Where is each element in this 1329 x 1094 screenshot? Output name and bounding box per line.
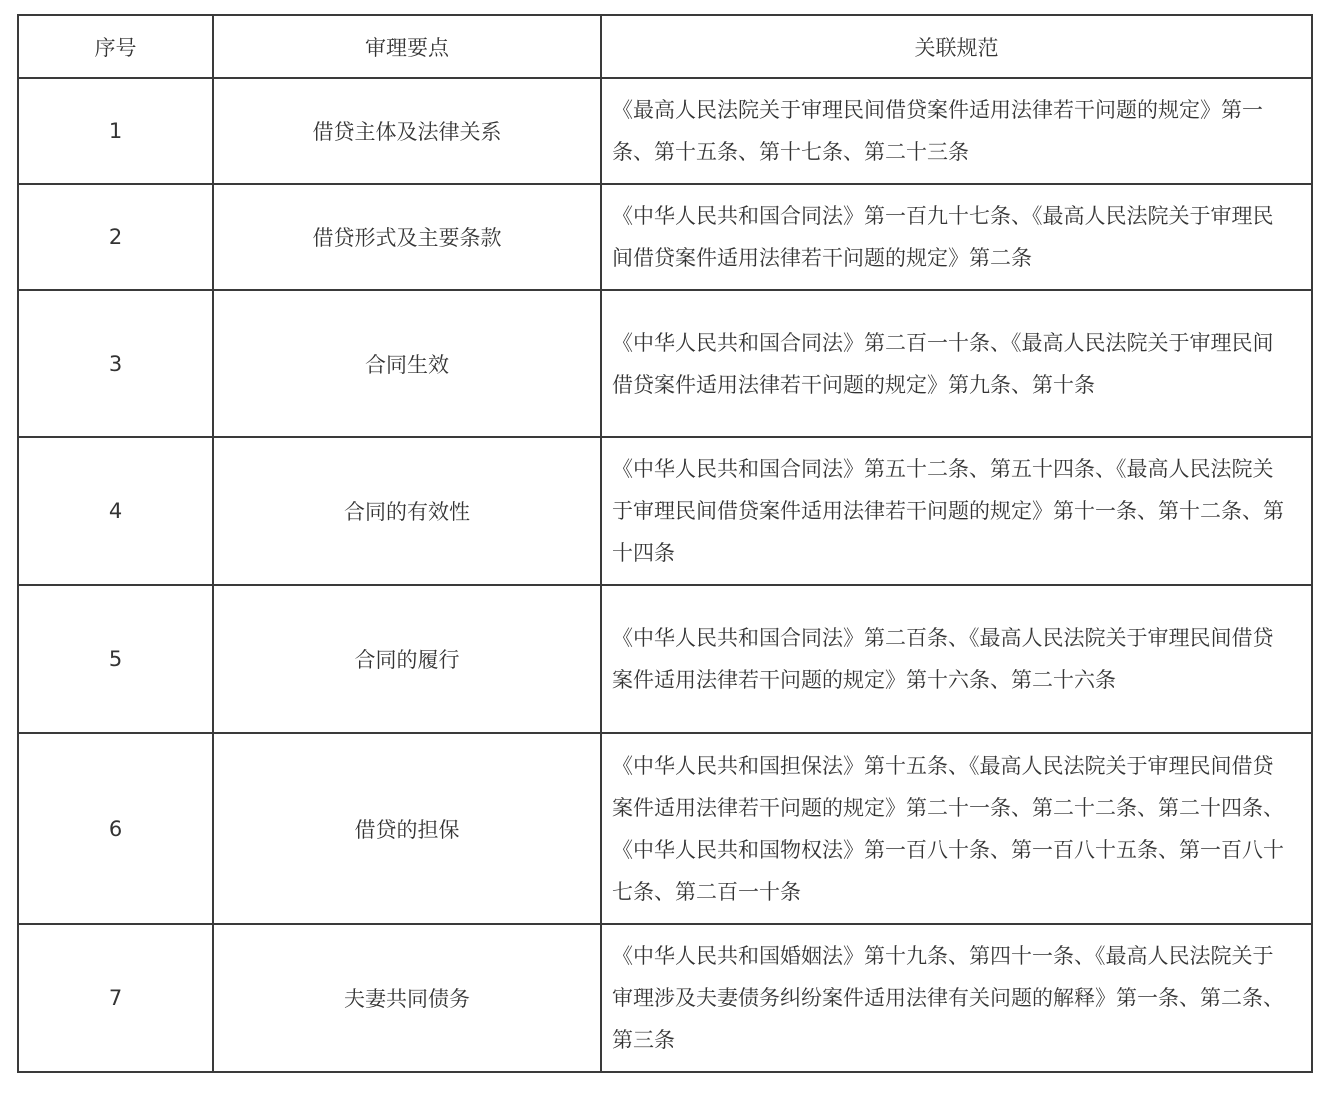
legal-norms-table: 序号 审理要点 关联规范 1 借贷主体及法律关系 《最高人民法院关于审理民间借贷… [17, 14, 1313, 1073]
table-row: 1 借贷主体及法律关系 《最高人民法院关于审理民间借贷案件适用法律若干问题的规定… [18, 78, 1312, 184]
table-header-row: 序号 审理要点 关联规范 [18, 15, 1312, 78]
related-norms: 《中华人民共和国合同法》第一百九十七条、《最高人民法院关于审理民间借贷案件适用法… [601, 184, 1312, 290]
row-number: 6 [18, 733, 213, 924]
review-point: 借贷形式及主要条款 [213, 184, 601, 290]
review-point: 合同的履行 [213, 585, 601, 733]
review-point: 合同生效 [213, 290, 601, 437]
row-number: 4 [18, 437, 213, 585]
header-related-norms: 关联规范 [601, 15, 1312, 78]
table-row: 4 合同的有效性 《中华人民共和国合同法》第五十二条、第五十四条、《最高人民法院… [18, 437, 1312, 585]
table-row: 3 合同生效 《中华人民共和国合同法》第二百一十条、《最高人民法院关于审理民间借… [18, 290, 1312, 437]
review-point: 借贷主体及法律关系 [213, 78, 601, 184]
row-number: 2 [18, 184, 213, 290]
table-row: 6 借贷的担保 《中华人民共和国担保法》第十五条、《最高人民法院关于审理民间借贷… [18, 733, 1312, 924]
table-row: 7 夫妻共同债务 《中华人民共和国婚姻法》第十九条、第四十一条、《最高人民法院关… [18, 924, 1312, 1072]
row-number: 7 [18, 924, 213, 1072]
related-norms: 《中华人民共和国合同法》第二百条、《最高人民法院关于审理民间借贷案件适用法律若干… [601, 585, 1312, 733]
related-norms: 《中华人民共和国婚姻法》第十九条、第四十一条、《最高人民法院关于审理涉及夫妻债务… [601, 924, 1312, 1072]
related-norms: 《中华人民共和国担保法》第十五条、《最高人民法院关于审理民间借贷案件适用法律若干… [601, 733, 1312, 924]
row-number: 3 [18, 290, 213, 437]
header-serial-number: 序号 [18, 15, 213, 78]
review-point: 借贷的担保 [213, 733, 601, 924]
review-point: 合同的有效性 [213, 437, 601, 585]
related-norms: 《最高人民法院关于审理民间借贷案件适用法律若干问题的规定》第一条、第十五条、第十… [601, 78, 1312, 184]
row-number: 1 [18, 78, 213, 184]
table-row: 5 合同的履行 《中华人民共和国合同法》第二百条、《最高人民法院关于审理民间借贷… [18, 585, 1312, 733]
header-review-point: 审理要点 [213, 15, 601, 78]
related-norms: 《中华人民共和国合同法》第二百一十条、《最高人民法院关于审理民间借贷案件适用法律… [601, 290, 1312, 437]
related-norms: 《中华人民共和国合同法》第五十二条、第五十四条、《最高人民法院关于审理民间借贷案… [601, 437, 1312, 585]
row-number: 5 [18, 585, 213, 733]
review-point: 夫妻共同债务 [213, 924, 601, 1072]
table-row: 2 借贷形式及主要条款 《中华人民共和国合同法》第一百九十七条、《最高人民法院关… [18, 184, 1312, 290]
